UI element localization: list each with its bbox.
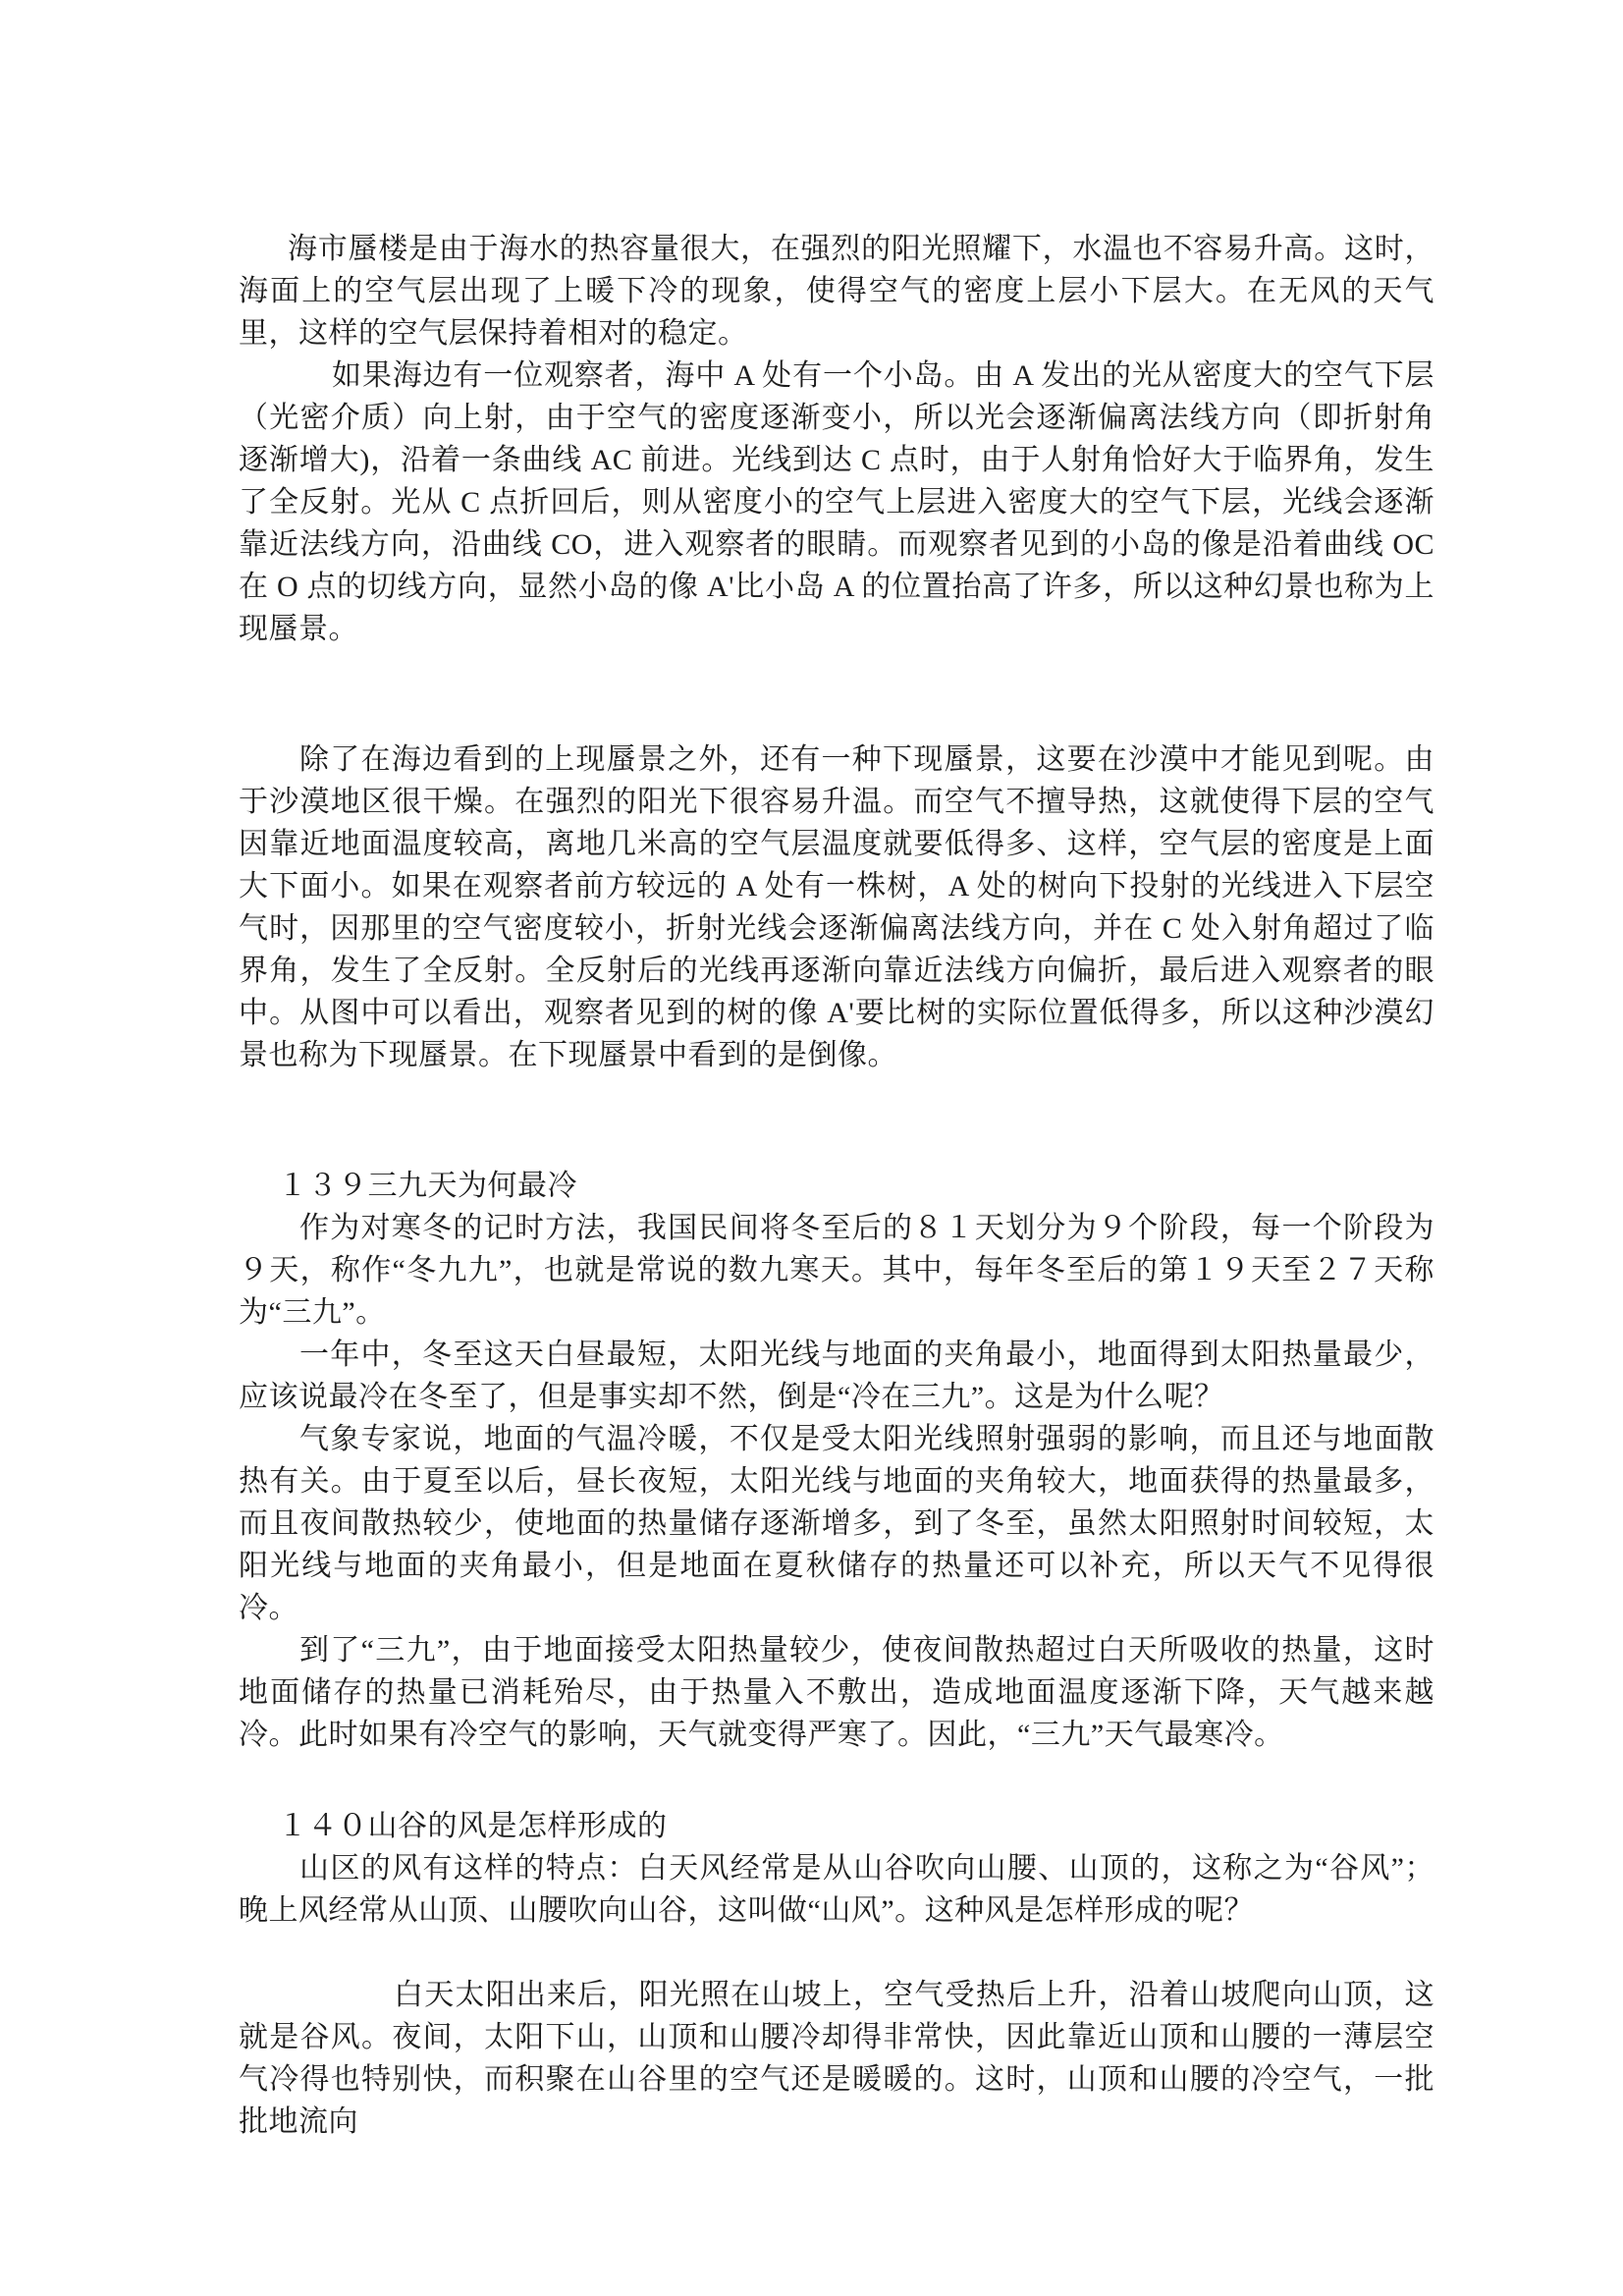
paragraph-mirage-desert: 除了在海边看到的上现蜃景之外，还有一种下现蜃景，这要在沙漠中才能见到呢。由于沙漠…: [239, 738, 1434, 1076]
paragraph-mirage-observer-island: 如果海边有一位观察者，海中 A 处有一个小岛。由 A 发出的光从密度大的空气下层…: [239, 355, 1434, 650]
paragraph-139-expert-explanation: 气象专家说，地面的气温冷暖，不仅是受太阳光线照射强弱的影响，而且还与地面散热有关…: [239, 1418, 1434, 1629]
document-page: 海市蜃楼是由于海水的热容量很大，在强烈的阳光照耀下，水温也不容易升高。这时，海面…: [0, 0, 1623, 2296]
paragraph-140-valley-wind-formation: 白天太阳出来后，阳光照在山坡上，空气受热后上升，沿着山坡爬向山顶，这就是谷风。夜…: [239, 1974, 1434, 2143]
paragraph-139-dongjiujiu: 作为对寒冬的记时方法，我国民间将冬至后的８１天划分为９个阶段，每一个阶段为９天，…: [239, 1207, 1434, 1334]
document-content: 海市蜃楼是由于海水的热容量很大，在强烈的阳光照耀下，水温也不容易升高。这时，海面…: [239, 228, 1434, 2143]
paragraph-mirage-sea-intro: 海市蜃楼是由于海水的热容量很大，在强烈的阳光照耀下，水温也不容易升高。这时，海面…: [239, 228, 1434, 355]
paragraph-139-winter-solstice: 一年中，冬至这天白昼最短，太阳光线与地面的夹角最小，地面得到太阳热量最少，应该说…: [239, 1334, 1434, 1418]
section-heading-140: １４０山谷的风是怎样形成的: [239, 1805, 1434, 1847]
section-heading-139: １３９三九天为何最冷: [239, 1165, 1434, 1207]
paragraph-140-valley-wind-intro: 山区的风有这样的特点：白天风经常是从山谷吹向山腰、山顶的，这称之为“谷风”；晚上…: [239, 1847, 1434, 1932]
paragraph-139-sanjiu-coldest: 到了“三九”，由于地面接受太阳热量较少，使夜间散热超过白天所吸收的热量，这时地面…: [239, 1629, 1434, 1756]
